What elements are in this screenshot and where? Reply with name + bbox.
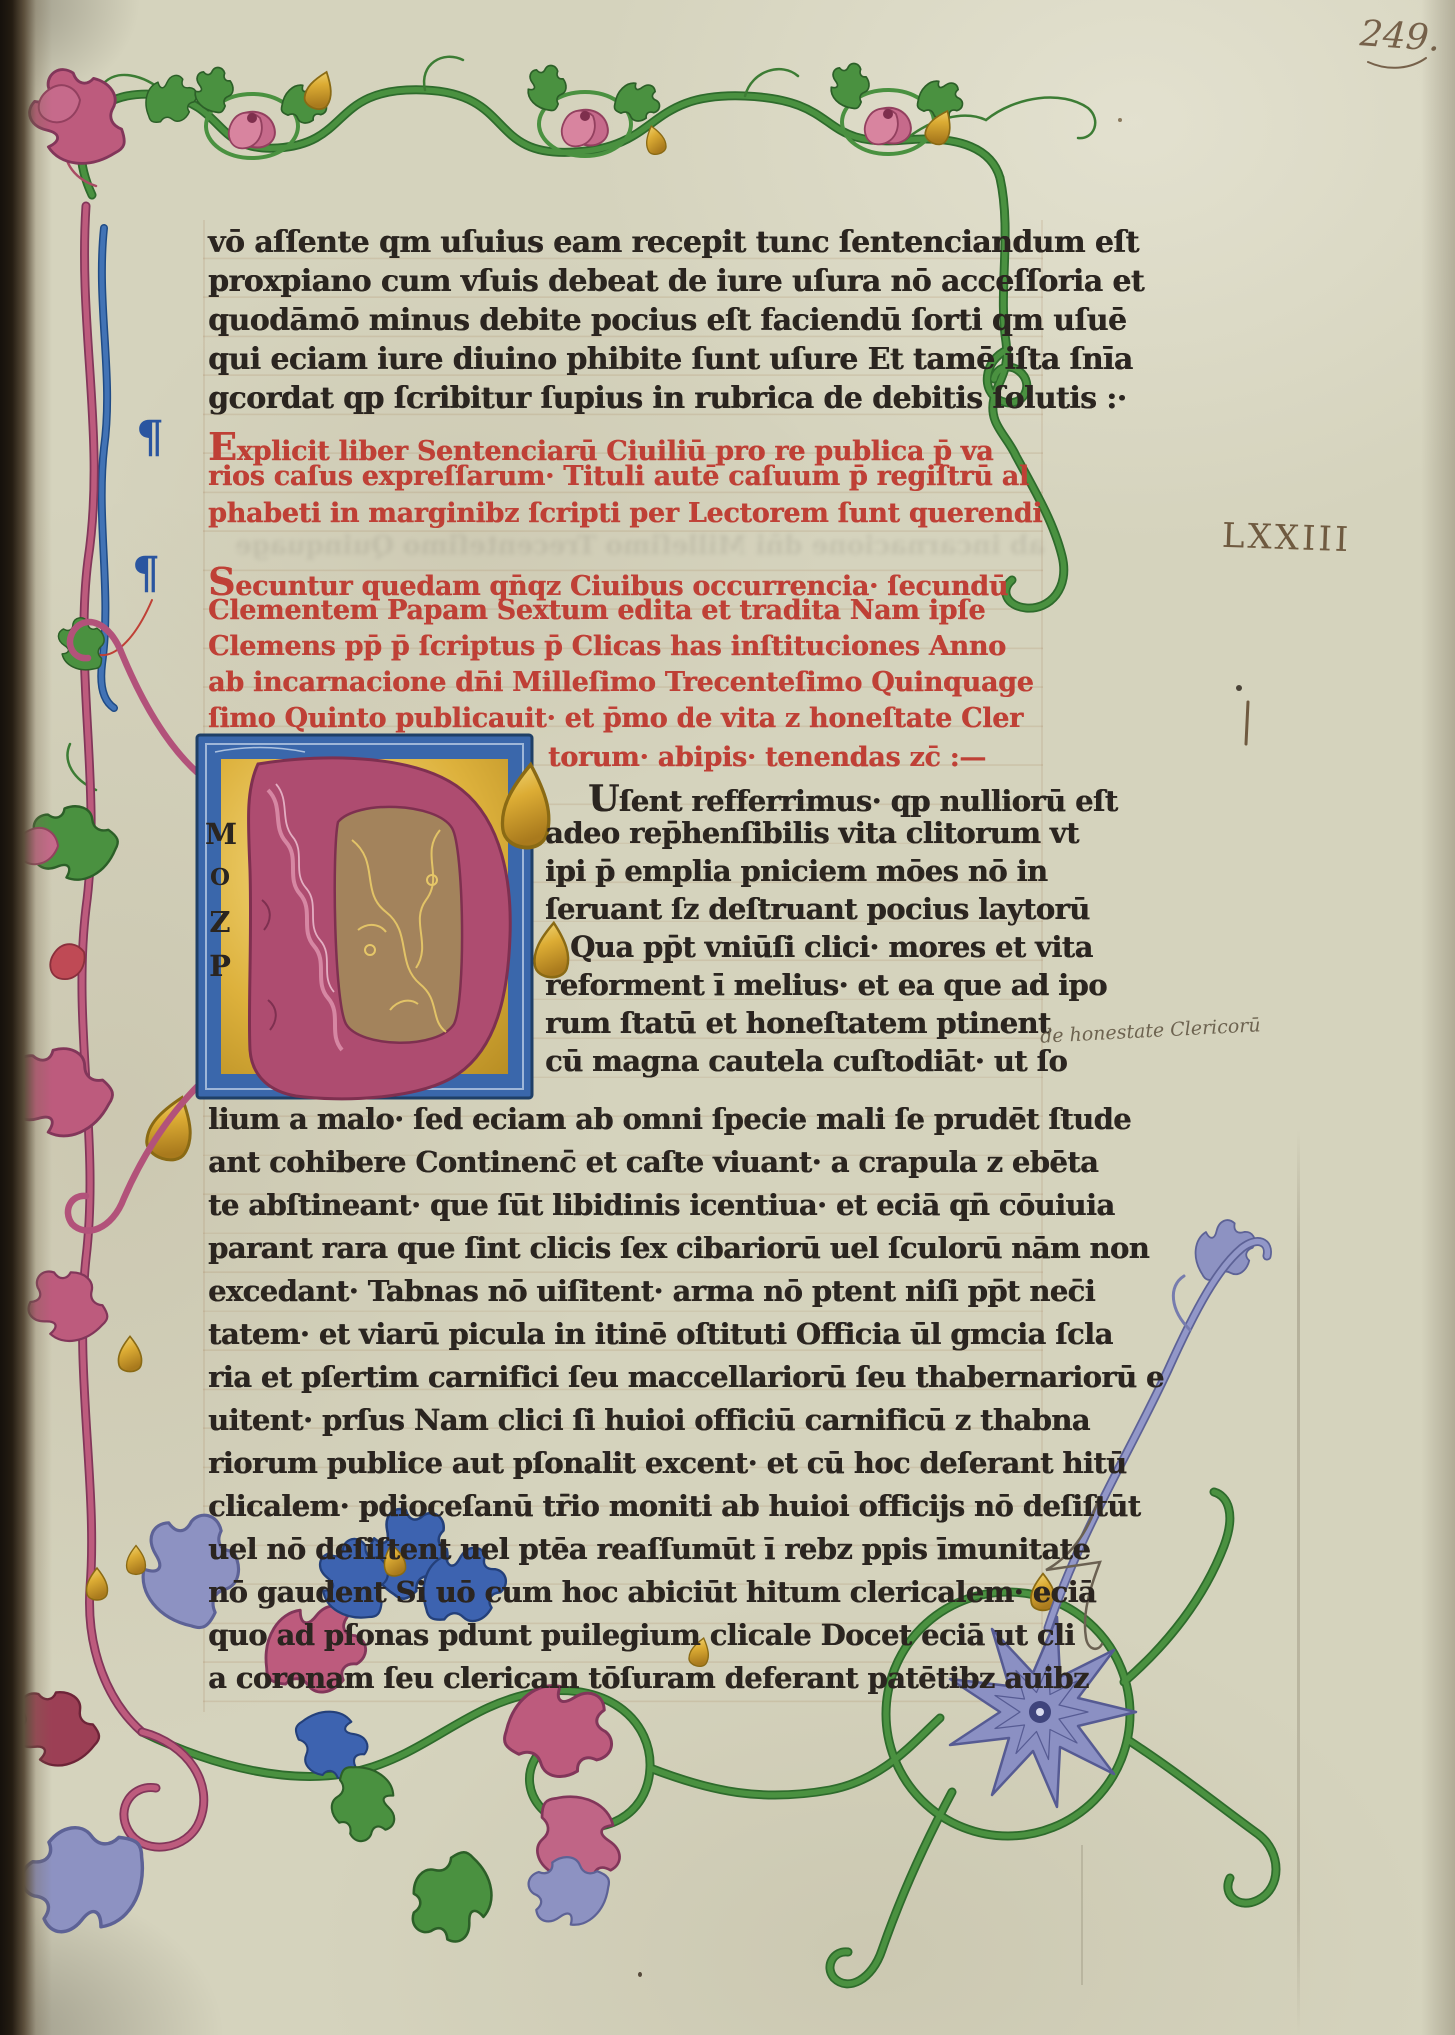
page-edge-shadow xyxy=(1421,0,1455,2035)
text-line: quo ad pſonas pdunt puilegium clicale Do… xyxy=(208,1618,1075,1652)
rubric-line: ab incarnacione dn̄i Milleſimo Trecenteſ… xyxy=(208,667,1034,698)
bleedthrough-text: ab incarnacione dn̄i Milleſimo Trecenteſ… xyxy=(235,531,1045,561)
text-line: parant rara que ſint clicis ſex cibarior… xyxy=(208,1231,1149,1265)
text-line: a coronam ſeu clericam tōſuram deferant … xyxy=(208,1661,1089,1695)
folio-underline-swash xyxy=(1368,58,1426,68)
binding-edge xyxy=(0,0,52,2035)
text-line: ipi p̄ emplia pniciem mōes nō in xyxy=(545,854,1047,888)
text-line: uitent· prſus Nam clici ſi huioi officiū… xyxy=(208,1403,1090,1437)
text-line: cū magna cautela cuſtodiāt· ut ſo xyxy=(545,1044,1067,1078)
ink-speck xyxy=(638,1972,642,1977)
folio-number: 249. xyxy=(1359,13,1442,59)
margin-note: de honestate Clericorū xyxy=(1040,1014,1262,1048)
text-line: tatem· et viarū picula in itinē oſtituti… xyxy=(208,1317,1113,1351)
page-crease-small xyxy=(1081,1845,1083,1985)
guide-letter: O xyxy=(205,856,235,900)
text-line: proxpiano cum vſuis debeat de iure uſura… xyxy=(208,264,1144,299)
text-line: riorum publice aut pſonalit excent· et c… xyxy=(208,1446,1127,1480)
text-line: Qua pp̄t vniūſi clici· mores et vita xyxy=(570,930,1093,964)
rubric-line: rios caſus expreſſarum· Tituli autē caſu… xyxy=(208,461,1029,492)
text-line: lium a malo· ſed eciam ab omni ſpecie ma… xyxy=(208,1102,1131,1136)
guide-letter: P xyxy=(205,944,235,988)
text-line: qui eciam iure diuino phibite ſunt uſure… xyxy=(208,342,1133,377)
text-line: vō aſſente qm uſuius eam recepit tunc ſe… xyxy=(208,225,1139,260)
pilcrow-mark: ¶ xyxy=(136,412,164,463)
rubric-line: Clementem Papam Sextum edita et tradita … xyxy=(208,595,985,626)
quire-mark: LXXIII xyxy=(1221,516,1352,560)
margin-tick xyxy=(1246,702,1248,744)
text-line: ant cohibere Continenc̄ et caſte viuant·… xyxy=(208,1145,1098,1179)
manuscript-page: ab incarnacione dn̄i Milleſimo Trecenteſ… xyxy=(0,0,1455,2035)
vine-loops xyxy=(206,90,934,158)
ink-speck xyxy=(1236,685,1242,691)
text-line: excedant· Tabnas nō uiſitent· arma nō pt… xyxy=(208,1274,1095,1308)
pilcrow-mark: ¶ xyxy=(132,548,160,599)
text-line: adeo rep̄henſibilis vita clitorum vt xyxy=(545,816,1079,850)
text-line: ſeruant ſz deſtruant pocius laytorū xyxy=(545,892,1090,926)
left-border-stems xyxy=(66,131,204,1847)
text-line: gcordat qp ſcribitur ſupius in rubrica d… xyxy=(208,381,1126,416)
guide-letters: M O Z P xyxy=(205,812,235,988)
text-line: Uſent refferrimus· qp nulliorū eſt xyxy=(588,778,1118,820)
rubric-line: Clemens pp̄ p̄ ſcriptus p̄ Clicas has in… xyxy=(208,631,1006,662)
text-line: uel nō deſiſtent uel ptēa reaſſumūt ī re… xyxy=(208,1532,1090,1566)
rubric-line: ſimo Quinto publicauit· et p̄mo de vita … xyxy=(208,703,1023,734)
text-line: nō gaudent Si uō cum hoc abiciūt hitum c… xyxy=(208,1575,1096,1609)
text-line: quodāmō minus debite pocius eſt faciendū… xyxy=(208,303,1126,338)
page-crease xyxy=(1297,1130,1300,2035)
text-line: ria et pſertim carnifici ſeu maccellario… xyxy=(208,1360,1164,1394)
guide-letter: Z xyxy=(205,900,235,944)
ink-speck xyxy=(1118,118,1122,122)
rubric-line: phabeti in marginibz ſcripti per Lectore… xyxy=(208,498,1042,529)
text-line: rum ſtatū et honeſtatem ptinent xyxy=(545,1006,1051,1040)
text-line: reforment ī melius· et ea que ad ipo xyxy=(545,968,1107,1002)
guide-letter: M xyxy=(205,812,235,856)
text-line: te abſtineant· que ſūt libidinis icentiu… xyxy=(208,1188,1115,1222)
rubric-line: torum· abipis· tenendas zc̄ :— xyxy=(548,742,986,773)
text-line: clicalem· pdioceſanū tr̄io moniti ab hui… xyxy=(208,1489,1140,1523)
